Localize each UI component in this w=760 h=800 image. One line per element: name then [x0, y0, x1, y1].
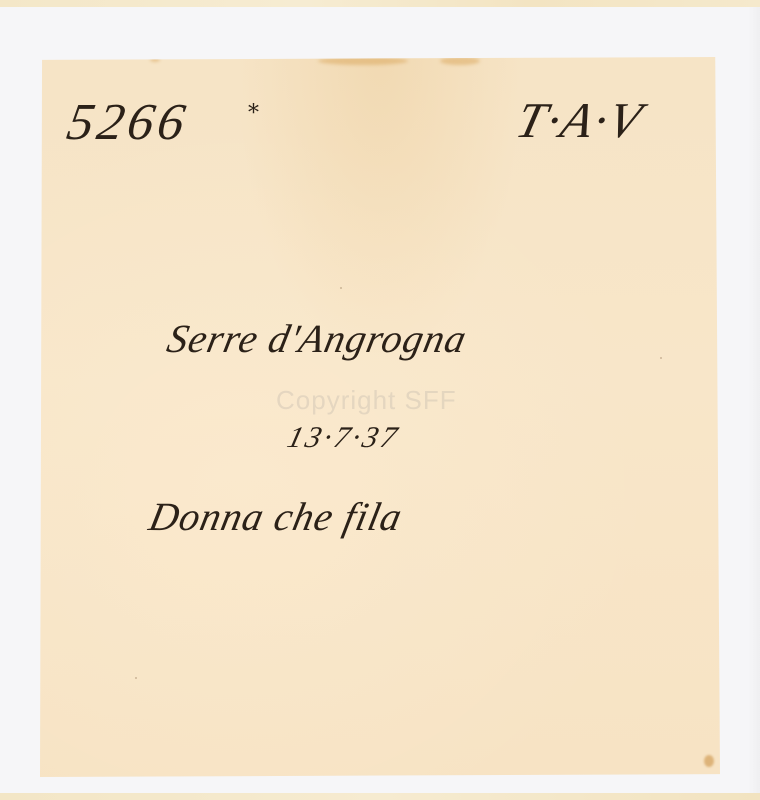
- copyright-watermark: Copyright SFF: [276, 385, 457, 416]
- corner-stain: [704, 755, 714, 767]
- paper-speck: [660, 357, 662, 359]
- paper-speck: [740, 307, 742, 309]
- collection-date: 13·7·37: [284, 423, 402, 453]
- description: Donna che fila: [146, 497, 406, 537]
- catalog-number: 5266: [63, 97, 192, 149]
- paper-speck: [340, 287, 342, 289]
- collector-code: T·A·V: [512, 95, 648, 145]
- age-stain: [150, 57, 160, 62]
- locality: Serre d'Angrogna: [164, 319, 471, 359]
- mount-board-top-edge: [0, 0, 760, 7]
- star-icon: *: [248, 103, 259, 125]
- mount-board-right-edge: [748, 7, 760, 793]
- age-stain: [318, 57, 408, 65]
- age-stain: [440, 57, 480, 65]
- mount-board-bottom-edge: [0, 793, 760, 800]
- paper-speck: [135, 677, 137, 679]
- specimen-label: 5266 * T·A·V Copyright SFF Serre d'Angro…: [40, 57, 720, 777]
